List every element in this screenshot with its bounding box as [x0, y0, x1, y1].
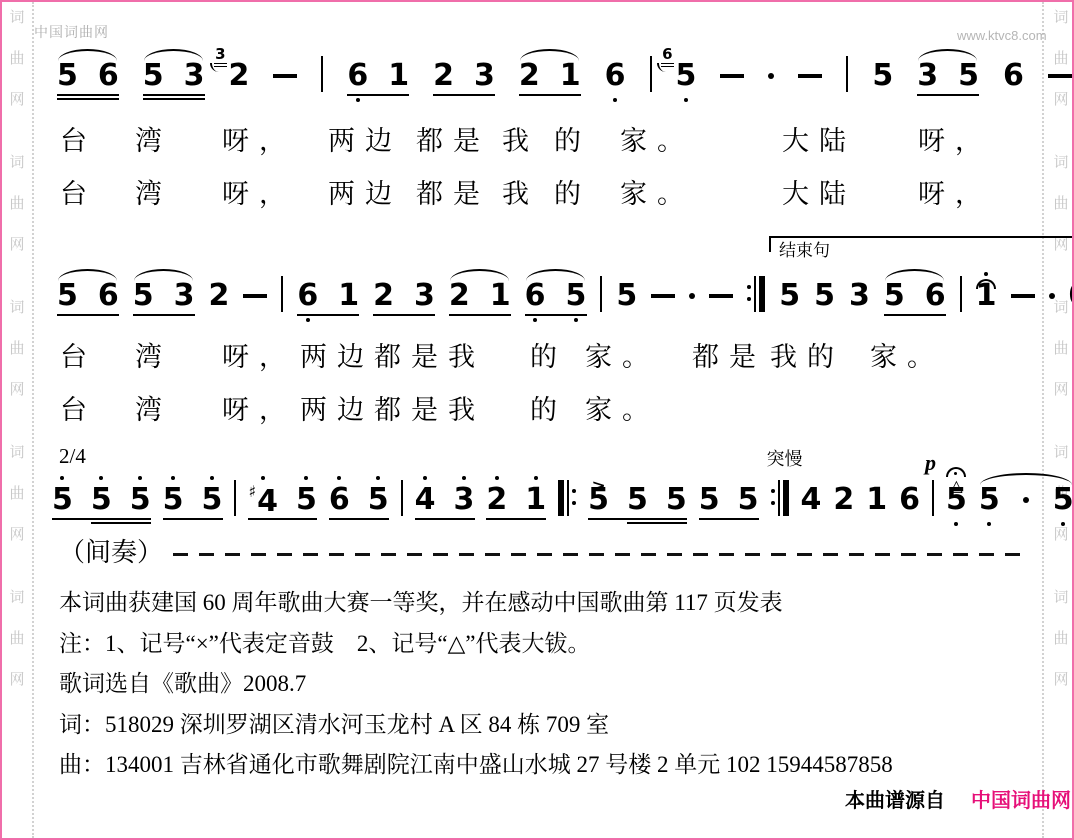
- note-group: 23: [433, 48, 495, 92]
- note: 5: [163, 484, 184, 516]
- time-signature: 2/4: [59, 446, 86, 467]
- note-group: 21: [486, 472, 546, 516]
- note-digit: 1: [525, 484, 546, 516]
- octave-dot-low: [574, 318, 578, 322]
- dash-note: [709, 294, 733, 298]
- octave-dot-low: [356, 98, 360, 102]
- dash-note: [798, 74, 822, 78]
- augmentation-dot-note: [1023, 497, 1029, 503]
- note: 6: [98, 60, 119, 92]
- dash-note: [273, 74, 297, 78]
- note-digit: 3: [474, 60, 495, 92]
- note: 2: [449, 280, 470, 312]
- note: 5: [884, 280, 905, 312]
- note-group: 0: [1069, 268, 1074, 312]
- note-digit: 5: [979, 484, 1000, 516]
- lyric-word: 台: [60, 342, 97, 372]
- octave-dot-low: [684, 98, 688, 102]
- note-digit: 5: [872, 60, 893, 92]
- side-watermark-char: 网: [9, 92, 24, 107]
- beam-underline: [415, 518, 475, 520]
- note-group: 1: [976, 268, 997, 312]
- note-group: 5: [779, 268, 800, 312]
- note: 1: [976, 280, 997, 312]
- lyric-word: 湾: [135, 179, 172, 209]
- beam-underline: [57, 94, 119, 96]
- note-digit: 6: [925, 280, 946, 312]
- lyric-word: 湾: [135, 395, 172, 425]
- barline: [401, 480, 403, 516]
- note-digit: 6: [899, 484, 920, 516]
- note-digit: 5: [296, 484, 317, 516]
- side-watermark-char: 词: [9, 445, 24, 460]
- note: 4: [415, 484, 436, 516]
- interlude-row: （间奏）: [59, 538, 1030, 568]
- lyric-word: 湾: [135, 342, 172, 372]
- note: ♯4: [248, 484, 278, 516]
- note: 5: [738, 484, 759, 516]
- note: 1: [525, 484, 546, 516]
- lyric-word: 台: [60, 179, 97, 209]
- note-digit: 5: [57, 280, 78, 312]
- note: 5: [133, 280, 154, 312]
- barline: [321, 56, 323, 92]
- barline-thick: [759, 276, 765, 312]
- interlude-label: （间奏）: [59, 538, 163, 568]
- beam-underline: [57, 98, 119, 100]
- lyric-word: 两边: [328, 179, 402, 209]
- slur-arc: [58, 49, 117, 61]
- ending-bracket: 结束句: [769, 236, 1074, 252]
- note: 6: [329, 484, 350, 516]
- note-digit: 3: [174, 280, 195, 312]
- side-watermark-char: 曲: [9, 631, 24, 646]
- note: 3: [849, 280, 870, 312]
- side-watermark-char: 网: [9, 672, 24, 687]
- lyric-word: 的: [554, 179, 591, 209]
- note: 5: [666, 484, 687, 516]
- note-digit: 5: [368, 484, 389, 516]
- repeat-dots: [771, 489, 775, 516]
- footer-brand-link[interactable]: 中国词曲网: [971, 788, 1071, 812]
- note-digit: 6: [525, 280, 546, 312]
- beam-underline: [433, 94, 495, 96]
- note: [1018, 484, 1035, 516]
- note: 3: [414, 280, 435, 312]
- note-digit: 4: [801, 484, 822, 516]
- note-group: 2: [833, 472, 854, 516]
- note: 1: [560, 60, 581, 92]
- note-group: 2: [209, 268, 230, 312]
- octave-dot-high: [534, 476, 538, 480]
- dash-note: [1048, 74, 1072, 78]
- dash-note: [651, 294, 675, 298]
- dash-note: [1011, 294, 1035, 298]
- score-system-3: 55555♯456543215>55554突慢2165△p55D.S.: [52, 472, 1074, 516]
- note-digit: 2: [833, 484, 854, 516]
- note-digit: 5: [91, 484, 112, 516]
- lyric-word: 的: [530, 395, 567, 425]
- beam-underline: [133, 314, 195, 316]
- note: 2: [833, 484, 854, 516]
- octave-dot-high: [423, 476, 427, 480]
- barline: [650, 56, 652, 92]
- note: 1: [338, 280, 359, 312]
- note: 2: [486, 484, 507, 516]
- slur-arc: [980, 473, 1072, 485]
- note: 5: [202, 484, 223, 516]
- beam-underline: [627, 522, 687, 524]
- octave-dot-low: [533, 318, 537, 322]
- octave-dot-low: [987, 522, 991, 526]
- accent-mark: >: [591, 479, 605, 493]
- note: 6: [605, 60, 626, 92]
- note-digit: 6: [329, 484, 350, 516]
- octave-dot-high: [210, 476, 214, 480]
- note: 5: [368, 484, 389, 516]
- side-watermark-char: 网: [1053, 527, 1068, 542]
- note-digit: 6: [98, 60, 119, 92]
- note: 5: [1053, 484, 1074, 516]
- note-digit: 5: [57, 60, 78, 92]
- note-group: 21: [449, 268, 511, 312]
- octave-dot-high: [304, 476, 308, 480]
- note-group: 5: [872, 48, 893, 92]
- note-group: 23: [373, 268, 435, 312]
- note-digit: 2: [519, 60, 540, 92]
- beam-underline: [52, 518, 151, 520]
- beam-underline: [917, 94, 979, 96]
- beam-underline: [163, 518, 223, 520]
- note-digit: 6: [347, 60, 368, 92]
- note-digit: 2: [229, 60, 250, 92]
- interlude-dash-line: [173, 553, 1026, 556]
- octave-dot-high: [495, 476, 499, 480]
- note-group: 55: [979, 472, 1074, 516]
- note: 5: [52, 484, 73, 516]
- note-digit: 6: [1003, 60, 1024, 92]
- barline-thin: [754, 276, 756, 312]
- beam-underline: [248, 518, 317, 520]
- barline-thick: [783, 480, 789, 516]
- note: 2: [519, 60, 540, 92]
- note: 5: [91, 484, 112, 516]
- note-digit: 2: [373, 280, 394, 312]
- beam-underline: [373, 314, 435, 316]
- note: 6: [297, 280, 318, 312]
- octave-dot-high: [99, 476, 103, 480]
- dynamic-p-label: p: [925, 452, 936, 474]
- note-line-award: 本词曲获建国 60 周年歌曲大赛一等奖，并在感动中国歌曲第 117 页发表: [59, 584, 893, 625]
- note-group: 4突慢: [801, 472, 822, 516]
- ptri-mark: △: [946, 467, 966, 493]
- repeat-start: [558, 472, 576, 516]
- score-system-1: 5653236123216565356: [57, 48, 1074, 92]
- note: 6: [1003, 60, 1024, 92]
- repeat-dots: [572, 489, 576, 516]
- note: 5: [57, 280, 78, 312]
- slur-arc: [885, 269, 944, 281]
- slur-arc: [918, 49, 977, 61]
- lyric-row: 台湾呀，两边都是我的家。大陆呀，: [2, 126, 1072, 160]
- octave-dot-high: [984, 272, 988, 276]
- beam-underline: [519, 94, 581, 96]
- barline-thin: [567, 480, 569, 516]
- lyric-word: 家。: [620, 179, 694, 209]
- note-digit: 5: [616, 280, 637, 312]
- note-digit: ♯4: [248, 484, 278, 518]
- note-digit: 5: [133, 280, 154, 312]
- note-group: 56: [884, 268, 946, 312]
- note: 6: [98, 280, 119, 312]
- slur-arc: [144, 49, 203, 61]
- grace-note: 3: [214, 47, 226, 67]
- side-watermark-char: 词: [1053, 445, 1068, 460]
- note-group: 6: [605, 48, 626, 92]
- note-group: 5: [616, 268, 637, 312]
- barline-thin: [778, 480, 780, 516]
- note-digit: 1: [490, 280, 511, 312]
- octave-dot-high: [337, 476, 341, 480]
- octave-dot-high: [261, 476, 265, 480]
- lyric-word: 我: [502, 179, 539, 209]
- note-group: 56: [676, 48, 697, 92]
- augmentation-dot: [689, 293, 695, 299]
- octave-dot-low: [306, 318, 310, 322]
- octave-dot-high: [171, 476, 175, 480]
- note-digit: 5: [779, 280, 800, 312]
- octave-dot-high: [376, 476, 380, 480]
- beam-underline: [525, 314, 587, 316]
- beam-underline: [347, 94, 409, 96]
- slur-arc: [526, 269, 585, 281]
- side-watermark-char: 词: [9, 300, 24, 315]
- barline-thick: [558, 480, 564, 516]
- note-digit: 3: [414, 280, 435, 312]
- note: 4: [801, 484, 822, 516]
- side-watermark-char: 词: [1053, 10, 1068, 25]
- note-digit: 2: [209, 280, 230, 312]
- note: 3: [174, 280, 195, 312]
- sharp-icon: ♯: [248, 482, 256, 501]
- slur-arc: [520, 49, 579, 61]
- note: 3: [917, 60, 938, 92]
- repeat-end: [747, 268, 765, 312]
- note-group: 56: [57, 268, 119, 312]
- note-digit: 5: [738, 484, 759, 516]
- note-digit: 1: [338, 280, 359, 312]
- side-watermark-char: 网: [9, 527, 24, 542]
- note-group: 53: [133, 268, 195, 312]
- slur-arc: [58, 269, 117, 281]
- note: 1: [388, 60, 409, 92]
- note-group: 61: [347, 48, 409, 92]
- note: 3: [474, 60, 495, 92]
- fermata-icon: [946, 467, 966, 477]
- tempo-label: 突慢: [767, 450, 803, 468]
- barline: [281, 276, 283, 312]
- note-group: 65: [329, 472, 389, 516]
- note-digit: 1: [388, 60, 409, 92]
- octave-dot-high: [60, 476, 64, 480]
- note: 6: [925, 280, 946, 312]
- note: 5: [57, 60, 78, 92]
- beam-underline: [486, 518, 546, 520]
- note: 23: [229, 60, 250, 92]
- beam-underline: [57, 314, 119, 316]
- grace-note: 6: [661, 47, 673, 67]
- note: 5: [872, 60, 893, 92]
- augmentation-dot: [1049, 293, 1055, 299]
- octave-dot-high: [462, 476, 466, 480]
- note: 5: [958, 60, 979, 92]
- note: 6: [899, 484, 920, 516]
- note-group: 53: [143, 48, 205, 92]
- note-digit: 5: [163, 484, 184, 516]
- note-group: 43: [415, 472, 475, 516]
- note-group: 35: [917, 48, 979, 92]
- footer: 本曲谱源自 中国词曲网: [845, 788, 1071, 812]
- note-digit: 5: [627, 484, 648, 516]
- fermata-mark: [976, 279, 996, 289]
- lyric-word: 我的: [770, 342, 844, 372]
- note-digit: 6: [605, 60, 626, 92]
- note-digit: 0: [1069, 280, 1074, 312]
- note: 5: [779, 280, 800, 312]
- lyric-word: 都是: [416, 126, 490, 156]
- barline: [234, 480, 236, 516]
- lyric-word: 台: [60, 395, 97, 425]
- beam-underline: [329, 518, 389, 520]
- note-group: 5△p: [946, 472, 967, 516]
- note-digit: 3: [917, 60, 938, 92]
- note: 5>: [588, 484, 609, 516]
- note-digit: 5: [1053, 484, 1074, 516]
- lyric-word: 家。: [870, 342, 944, 372]
- side-watermark-char: 网: [1053, 672, 1068, 687]
- side-watermark-char: 曲: [1053, 631, 1068, 646]
- note-digit: 5: [666, 484, 687, 516]
- site-url: www.ktvc8.com: [957, 28, 1047, 43]
- note-digit: 3: [849, 280, 870, 312]
- barline: [960, 276, 962, 312]
- note-digit: 4: [415, 484, 436, 516]
- octave-dot-high: [138, 476, 142, 480]
- note-group: 555: [52, 472, 151, 516]
- note-digit: 2: [433, 60, 454, 92]
- note: 1: [490, 280, 511, 312]
- lyric-row: 台湾呀，两边都是我的家。: [2, 395, 1072, 429]
- note-digit: 5: [814, 280, 835, 312]
- note-group: 5: [814, 268, 835, 312]
- note-digit: 5: [143, 60, 164, 92]
- lyric-word: 我: [502, 126, 539, 156]
- beam-underline: [297, 314, 359, 316]
- lyric-word: 呀，: [222, 179, 296, 209]
- barline: [846, 56, 848, 92]
- beam-underline: [91, 522, 151, 524]
- repeat-end: [771, 472, 789, 516]
- repeat-dots: [747, 285, 751, 312]
- note-group: ♯45: [248, 472, 317, 516]
- note-group: 5>55: [588, 472, 687, 516]
- note: 5: [130, 484, 151, 516]
- note: 2: [433, 60, 454, 92]
- note-digit: 6: [98, 280, 119, 312]
- ending-phrase-label: 结束句: [779, 242, 834, 259]
- note-group: 56: [57, 48, 119, 92]
- accent-icon: >: [591, 480, 605, 493]
- barline: [932, 480, 934, 516]
- note-group: 21: [519, 48, 581, 92]
- note: 5: [296, 484, 317, 516]
- notes-block: 本词曲获建国 60 周年歌曲大赛一等奖，并在感动中国歌曲第 117 页发表 注：…: [59, 584, 893, 787]
- beam-underline: [884, 314, 946, 316]
- octave-dot-low: [613, 98, 617, 102]
- side-watermark-char: 词: [9, 10, 24, 25]
- note: 3: [184, 60, 205, 92]
- note: 3: [454, 484, 475, 516]
- note-group: 1: [866, 472, 887, 516]
- note-digit: 5: [884, 280, 905, 312]
- lyric-word: 呀，: [918, 126, 992, 156]
- note-digit: 5: [958, 60, 979, 92]
- note-digit: 5: [202, 484, 223, 516]
- note-digit: 5: [676, 60, 697, 92]
- slur-arc: [450, 269, 509, 281]
- lyric-word: 两边: [328, 126, 402, 156]
- note-digit: 3: [184, 60, 205, 92]
- note-digit: 5: [52, 484, 73, 516]
- note-group: 55: [699, 472, 759, 516]
- lyric-word: 呀，: [222, 395, 296, 425]
- note: 2: [373, 280, 394, 312]
- slur-arc: [134, 269, 193, 281]
- lyric-word: 都是: [416, 179, 490, 209]
- side-watermark-char: 词: [9, 590, 24, 605]
- note-line-symbols: 注：1、记号“×”代表定音鼓 2、记号“△”代表大钹。: [59, 625, 893, 666]
- note: 5: [699, 484, 720, 516]
- footer-source-label: 本曲谱源自: [845, 788, 945, 812]
- note: 5: [814, 280, 835, 312]
- note-digit: 5: [699, 484, 720, 516]
- note: 5: [616, 280, 637, 312]
- note: 1: [866, 484, 887, 516]
- side-watermark-char: 词: [1053, 590, 1068, 605]
- lyric-word: 大陆: [782, 126, 856, 156]
- note-group: 6: [899, 472, 920, 516]
- note-line-lyricist-address: 词：518029 深圳罗湖区清水河玉龙村 A 区 84 栋 709 室: [59, 706, 893, 747]
- beam-underline: [143, 94, 205, 96]
- lyric-word: 家。: [585, 395, 659, 425]
- note: 5: [143, 60, 164, 92]
- note: 5: [566, 280, 587, 312]
- note: 56: [676, 60, 697, 92]
- augmentation-dot: [768, 73, 774, 79]
- note: 0: [1069, 280, 1074, 312]
- note-group: 6: [1003, 48, 1024, 92]
- cymbal-triangle-icon: △: [950, 478, 962, 493]
- note: 5: [979, 484, 1000, 516]
- lyric-row: 台湾呀，两边都是我的家。大陆呀，: [2, 179, 1072, 213]
- lyric-word: 两边都是我: [300, 342, 485, 372]
- side-watermark-char: 网: [1053, 92, 1068, 107]
- note-group: 23: [229, 48, 250, 92]
- lyric-word: 都是: [692, 342, 766, 372]
- note-digit: 2: [449, 280, 470, 312]
- note-digit: 1: [866, 484, 887, 516]
- fermata-icon: [976, 279, 996, 289]
